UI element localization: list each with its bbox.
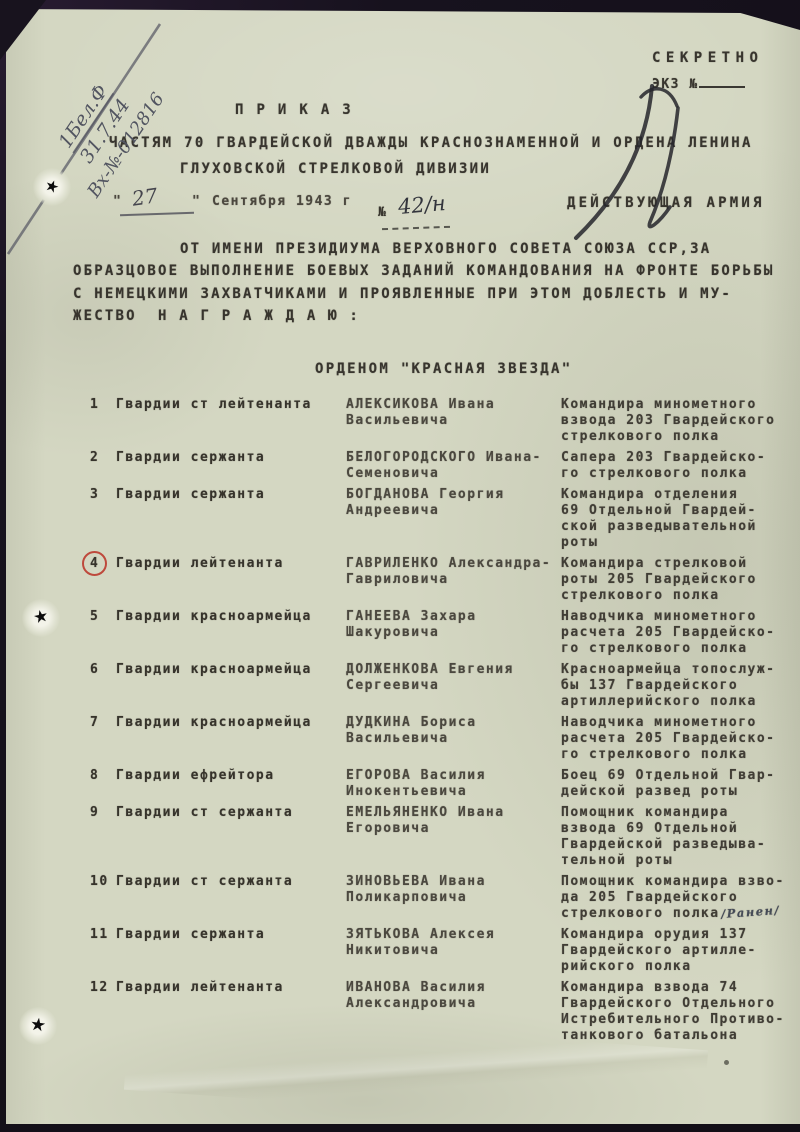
preamble-line: ОТ ИМЕНИ ПРЕЗИДИУМА ВЕРХОВНОГО СОВЕТА СО… (180, 238, 775, 260)
entry-name: ЗИНОВЬЕВА Ивана Поликарповича (346, 874, 561, 922)
entry-position: Красноармейца топослуж- бы 137 Гвардейск… (561, 662, 800, 710)
copy-number-label: ЭКЗ № (652, 77, 699, 92)
entry-row: 7 Гвардии красноармейца ДУДКИНА Бориса В… (90, 715, 800, 763)
entry-name: ЕГОРОВА Василия Инокентьевича (346, 768, 561, 800)
order-preamble: ОТ ИМЕНИ ПРЕЗИДИУМА ВЕРХОВНОГО СОВЕТА СО… (73, 238, 775, 328)
entry-row: 1 Гвардии ст лейтенанта АЛЕКСИКОВА Ивана… (90, 397, 800, 445)
handwritten-day: 27 (130, 183, 159, 210)
entry-number: 9 (90, 805, 116, 869)
entry-position: Наводчика минометного расчета 205 Гварде… (561, 715, 800, 763)
order-number-sign: № (378, 205, 387, 220)
entry-rank: Гвардии ст сержанта (116, 805, 346, 869)
entry-rank: Гвардии сержанта (116, 487, 346, 551)
entry-number-text: 5 (90, 609, 99, 624)
entry-row: 6 Гвардии красноармейца ДОЛЖЕНКОВА Евген… (90, 662, 800, 710)
entry-rank: Гвардии сержанта (116, 450, 346, 482)
entry-rank: Гвардии красноармейца (116, 715, 346, 763)
handwritten-ranen-note: /Ранен/ (721, 902, 781, 922)
entry-number: 1 (90, 397, 116, 445)
entry-number: 5 (90, 609, 116, 657)
entry-position: Помощник командира взво- да 205 Гвардейс… (561, 874, 800, 922)
entry-row: 9 Гвардии ст сержанта ЕМЕЛЬЯНЕНКО Ивана … (90, 805, 800, 869)
copy-number-row: ЭКЗ № (652, 76, 745, 92)
order-title: П Р И К А З (235, 102, 353, 118)
entry-number-text: 11 (90, 927, 109, 942)
preamble-line: ЖЕСТВО Н А Г Р А Ж Д А Ю : (73, 305, 775, 327)
entry-number-text: 10 (90, 874, 109, 889)
entry-number-text: 12 (90, 980, 109, 995)
entry-number-text: 6 (90, 662, 99, 677)
preamble-line: ОБРАЗЦОВОЕ ВЫПОЛНЕНИЕ БОЕВЫХ ЗАДАНИЙ КОМ… (73, 260, 775, 282)
entry-number: 11 (90, 927, 116, 975)
red-circle-annotation (82, 551, 107, 576)
date-open-quote: " (113, 194, 122, 209)
entry-number: 12 (90, 980, 116, 1044)
entry-name: БЕЛОГОРОДСКОГО Ивана- Семеновича (346, 450, 561, 482)
paper-speck (724, 1060, 729, 1065)
date-close-quote: " (192, 194, 201, 209)
entry-rank: Гвардии красноармейца (116, 662, 346, 710)
copy-number-blank-line (699, 76, 745, 88)
army-status-note: ДЕЙСТВУЮЩАЯ АРМИЯ (567, 195, 765, 211)
entry-rank: Гвардии лейтенанта (116, 556, 346, 604)
scanned-document: СЕКРЕТНО ЭКЗ № П Р И К А З ЧАСТЯМ 70 ГВА… (0, 0, 800, 1132)
entry-row: 4 Гвардии лейтенанта ГАВРИЛЕНКО Александ… (90, 556, 800, 604)
entry-number: 6 (90, 662, 116, 710)
entry-number: 3 (90, 487, 116, 551)
entry-name: ГАНЕЕВА Захара Шакуровича (346, 609, 561, 657)
entry-number: 8 (90, 768, 116, 800)
entry-position: Наводчика минометного расчета 205 Гварде… (561, 609, 800, 657)
day-underline (120, 212, 194, 217)
entry-name: ДОЛЖЕНКОВА Евгения Сергеевича (346, 662, 561, 710)
entry-rank: Гвардии ст лейтенанта (116, 397, 346, 445)
handwritten-registration-note: 1Бел.Ф 31.7.44 Вх-№-012816 (3, 6, 207, 257)
order-number-underline (382, 226, 450, 230)
entry-position: Командира взвода 74 Гвардейского Отдельн… (561, 980, 800, 1044)
entry-name: ИВАНОВА Василия Александровича (346, 980, 561, 1044)
entry-name: ЗЯТЬКОВА Алексея Никитовича (346, 927, 561, 975)
entry-row: 3 Гвардии сержанта БОГДАНОВА Георгия Анд… (90, 487, 800, 551)
award-list: 1 Гвардии ст лейтенанта АЛЕКСИКОВА Ивана… (90, 397, 800, 1049)
entry-number-text: 9 (90, 805, 99, 820)
entry-number-text: 8 (90, 768, 99, 783)
preamble-line: С НЕМЕЦКИМИ ЗАХВАТЧИКАМИ И ПРОЯВЛЕННЫЕ П… (73, 283, 775, 305)
entry-position: Помощник командира взвода 69 Отдельной Г… (561, 805, 800, 869)
entry-position: Боец 69 Отдельной Гвар- дейской развед р… (561, 768, 800, 800)
entry-number: 4 (90, 556, 116, 604)
entry-position: Сапера 203 Гвардейско- го стрелкового по… (561, 450, 800, 482)
classification-stamp: СЕКРЕТНО (652, 50, 763, 66)
entry-number-text: 3 (90, 487, 99, 502)
entry-row: 11 Гвардии сержанта ЗЯТЬКОВА Алексея Ник… (90, 927, 800, 975)
entry-number: 7 (90, 715, 116, 763)
handwritten-order-number: 42/н (397, 191, 447, 219)
document-page: СЕКРЕТНО ЭКЗ № П Р И К А З ЧАСТЯМ 70 ГВА… (6, 0, 800, 1124)
entry-number-text: 2 (90, 450, 99, 465)
entry-position: Командира орудия 137 Гвардейского артилл… (561, 927, 800, 975)
entry-position: Командира минометного взвода 203 Гвардей… (561, 397, 800, 445)
entry-row: 2 Гвардии сержанта БЕЛОГОРОДСКОГО Ивана-… (90, 450, 800, 482)
entry-name: ДУДКИНА Бориса Васильевича (346, 715, 561, 763)
entry-name: ЕМЕЛЬЯНЕНКО Ивана Егоровича (346, 805, 561, 869)
entry-row: 8 Гвардии ефрейтора ЕГОРОВА Василия Инок… (90, 768, 800, 800)
entry-number: 2 (90, 450, 116, 482)
entry-rank: Гвардии лейтенанта (116, 980, 346, 1044)
order-division-line: ГЛУХОВСКОЙ СТРЕЛКОВОЙ ДИВИЗИИ (180, 161, 491, 177)
award-heading: ОРДЕНОМ "КРАСНАЯ ЗВЕЗДА" (315, 361, 573, 377)
entry-row: 12 Гвардии лейтенанта ИВАНОВА Василия Ал… (90, 980, 800, 1044)
entry-name: БОГДАНОВА Георгия Андреевича (346, 487, 561, 551)
entry-row: 5 Гвардии красноармейца ГАНЕЕВА Захара Ш… (90, 609, 800, 657)
entry-rank: Гвардии ст сержанта (116, 874, 346, 922)
entry-rank: Гвардии ефрейтора (116, 768, 346, 800)
entry-position: Командира отделения 69 Отдельной Гвардей… (561, 487, 800, 551)
entry-number-text: 7 (90, 715, 99, 730)
entry-name: ГАВРИЛЕНКО Александра- Гавриловича (346, 556, 561, 604)
date-month-year: Сентября 1943 г (212, 194, 352, 209)
entry-rank: Гвардии красноармейца (116, 609, 346, 657)
entry-position: Командира стрелковой роты 205 Гвардейско… (561, 556, 800, 604)
entry-number: 10 (90, 874, 116, 922)
entry-row: 10 Гвардии ст сержанта ЗИНОВЬЕВА Ивана П… (90, 874, 800, 922)
entry-rank: Гвардии сержанта (116, 927, 346, 975)
registration-note-date: 31.7.44 (24, 20, 185, 242)
entry-number-text: 1 (90, 397, 99, 412)
entry-name: АЛЕКСИКОВА Ивана Васильевича (346, 397, 561, 445)
order-addressee-line: ЧАСТЯМ 70 ГВАРДЕЙСКОЙ ДВАЖДЫ КРАСНОЗНАМЕ… (109, 135, 753, 151)
